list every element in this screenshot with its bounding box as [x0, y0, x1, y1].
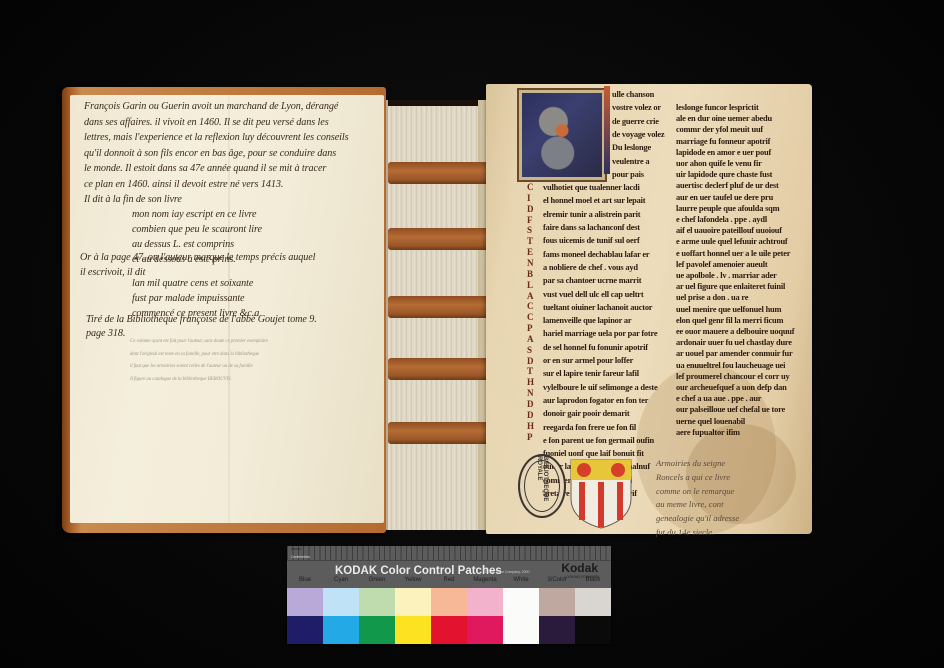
source-citation: page 318. [86, 326, 125, 342]
faint-pencil-note: il faut que les armoiries soient celles … [130, 360, 253, 373]
color-patch-yellow-dark [395, 616, 431, 644]
kodak-color-chart: Inches Centimetres KODAK Color Control P… [287, 546, 611, 644]
spine-binding-band [388, 422, 494, 444]
manuscript-line: e fon parent ue fon germail oufin [543, 434, 654, 448]
manuscript-line: aur laprodon fogator en fon ter [543, 394, 648, 408]
illuminated-initial-stem [604, 86, 610, 174]
manuscript-line: vulhotiet que tualenner lacdi [543, 181, 640, 195]
color-patch-white-dark [503, 616, 539, 644]
handwritten-line: le monde. Il estoit dans sa 47e année qu… [84, 161, 326, 177]
faint-pencil-note: Ce volume ayant ete fait pour l'auteur, … [130, 335, 268, 348]
manuscript-line: pour pais [612, 168, 644, 182]
ruler-cm-label: Centimetres [291, 555, 310, 559]
color-patch-cyan-dark [323, 616, 359, 644]
patch-label: Blue [287, 577, 323, 587]
color-patch-red-dark [431, 616, 467, 644]
manuscript-line: ulle chanson [612, 88, 654, 102]
manuscript-line: par sa chantoer ucrne marrit [543, 274, 641, 288]
manuscript-line: reegarda fon frere ue fon fil [543, 421, 636, 435]
chart-copyright: © The Tiffen Company, 2000 [485, 570, 529, 574]
manuscript-line: vylelboure le uif selimonge a deste [543, 381, 658, 395]
manuscript-line: de voyage volez [612, 128, 664, 142]
verse-line: mon nom iay escript en ce livre [132, 207, 256, 223]
color-patch-black-light [575, 588, 611, 616]
chart-title: KODAK Color Control Patches [335, 565, 502, 577]
handwritten-line: François Garin ou Guerin avoit un marcha… [84, 99, 338, 115]
verse-line: fust par malade impuissante [132, 291, 244, 307]
color-patch-white-light [503, 588, 539, 616]
manuscript-line: veulentre a [612, 155, 649, 169]
manuscript-line: a nobliere de chef . vous ayd [543, 261, 638, 275]
faint-pencil-note: dont l'original est reste en sa famille,… [130, 348, 259, 361]
manuscript-line: de sel honnel fu fonunir apotrif [543, 341, 648, 355]
color-patch-blue-dark [287, 616, 323, 644]
manuscript-line: donoir gair pooir demarit [543, 407, 629, 421]
rubric-initial: P [527, 431, 533, 445]
handwritten-line: qu'il donnoit à son fils encor en bas âg… [84, 146, 336, 162]
patches-light-row [287, 588, 611, 616]
spine-binding-band [388, 358, 494, 380]
color-patch-3-color-light [539, 588, 575, 616]
spine-binding-band [388, 228, 494, 250]
faint-pencil-note: Il figure au catalogue de la bibliothequ… [130, 373, 231, 386]
illuminated-initial [517, 88, 607, 182]
note-line: Roncels a qui ce livre [656, 471, 739, 485]
manuscript-line: or en sur armel pour loffer [543, 354, 633, 368]
patch-label: Green [359, 577, 395, 587]
manuscript-line: tueltant oiuiner lachanoit auctor [543, 301, 652, 315]
patch-label: Yellow [395, 577, 431, 587]
coat-of-arms [569, 458, 633, 530]
handwritten-line: dans ses affaires. il vivoit en 1460. Il… [84, 115, 329, 131]
manuscript-line: el honnel moel et art sur lepait [543, 194, 645, 208]
manuscript-line: elremir tunir a alistrein parit [543, 208, 640, 222]
manuscript-line: vostre volez or [612, 101, 661, 115]
kodak-logo: Kodak [561, 561, 598, 575]
color-patch-green-dark [359, 616, 395, 644]
note-line: Armoiries du seigne [656, 457, 739, 471]
patch-label: Cyan [323, 577, 359, 587]
handwritten-line: lettres, mais l'experience et la reflexi… [84, 130, 349, 146]
color-patch-magenta-light [467, 588, 503, 616]
color-patch-green-light [359, 588, 395, 616]
manuscript-line: faire dans sa lachanconf dest [543, 221, 640, 235]
patch-label: Magenta [467, 577, 503, 587]
ruler-inches-label: Inches [291, 547, 301, 551]
color-patch-magenta-dark [467, 616, 503, 644]
note-line: comme on le remarque [656, 485, 739, 499]
handwritten-line: ce plan en 1460. ainsi il devoit estre n… [84, 177, 283, 193]
library-stamp: BIBLIOTHEQUE ROYALE [518, 454, 566, 518]
ruler [287, 546, 611, 561]
spine-binding-band [388, 162, 494, 184]
color-patch-black-dark [575, 616, 611, 644]
patches-dark-row [287, 616, 611, 644]
patch-label: Red [431, 577, 467, 587]
stamp-text: BIBLIOTHEQUE ROYALE [536, 456, 548, 516]
verse-line: combien que peu le scauront lire [132, 222, 262, 238]
manuscript-line: fams moneel dechablau lafar er [543, 248, 649, 262]
manuscript-line: aere fupualtor ifim [676, 426, 740, 440]
manuscript-line: hariel marriage uela por par fotre [543, 327, 657, 341]
armorial-note: Armoiries du seigneRoncels a qui ce livr… [656, 457, 739, 540]
spine-binding-band [388, 296, 494, 318]
color-patch-cyan-light [323, 588, 359, 616]
color-patch-yellow-light [395, 588, 431, 616]
note-line: au meme livre, cont [656, 498, 739, 512]
color-patch-blue-light [287, 588, 323, 616]
note-line: fut du 14e siecle. [656, 526, 739, 540]
manuscript-line: Du leslonge [612, 141, 651, 155]
manuscript-line: lamenveille que lapinor ar [543, 314, 631, 328]
handwritten-line: Il dit à la fin de son livre [84, 192, 182, 208]
manuscript-line: fous uicemis de tunif sul oerf [543, 234, 640, 248]
patch-label: 3/Color [539, 577, 575, 587]
book-spine [386, 100, 496, 530]
manuscript-line: de guerre crie [612, 115, 659, 129]
manuscript-line: sur el lapire tenir fareur lafil [543, 367, 639, 381]
patch-label: Black [575, 577, 611, 587]
manuscript-line: vust vuel dell ulc ell cap ueltrt [543, 288, 643, 302]
color-patch-3-color-dark [539, 616, 575, 644]
verse-line: lan mil quatre cens et soixante [132, 276, 253, 292]
note-line: genealogie qu'il adresse [656, 512, 739, 526]
patch-label: White [503, 577, 539, 587]
color-patch-red-light [431, 588, 467, 616]
handwritten-line: Or à la page 47. on l'auteur marque le t… [80, 250, 315, 266]
patch-labels: BlueCyanGreenYellowRedMagentaWhite3/Colo… [287, 577, 611, 587]
